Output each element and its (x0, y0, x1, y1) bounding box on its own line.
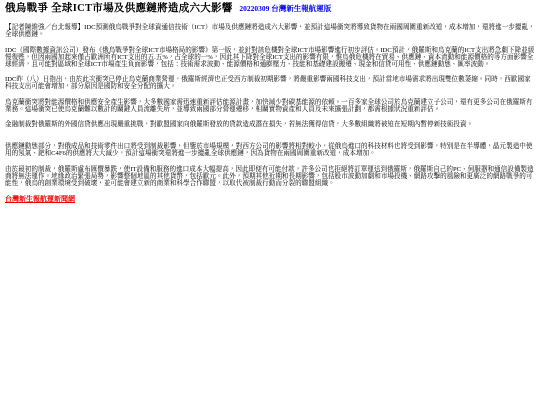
article-title: 俄烏戰爭 全球ICT市場及供應鏈將造成六大影響 (5, 3, 233, 14)
paragraph-supply-chain: 供應鏈動態部分，對俄成品和技術零件出口將受到制裁影響，但鑒於市場規模，對西方公司… (5, 143, 535, 157)
paragraph-spending-impact: IDC昨（八）日指出，由於此次衝突已停止烏克蘭商業營運，俄羅斯經濟也正受西方制裁… (5, 76, 535, 90)
paragraph-lead: 【記者陳維強／台北報導】IDC預測俄烏戰爭對全球資通信技術（ICT）市場及供應鏈… (5, 24, 535, 38)
paragraph-energy-impact: 烏克蘭衝突將對能源價格和供應安全產生影響，大多數國家需迅速重新評估能源計畫，加快… (5, 99, 535, 113)
paragraph-financial-sanctions: 金融制裁對俄羅斯的外國信貸供應出現嚴重挑戰，對歐盟國家向俄羅斯發放的貸款造成潛在… (5, 121, 535, 128)
paragraph-ruble-longterm: 由於最初的制裁，俄羅斯盧布匯價暴跌，使IT設備和服務的進口成本大幅提高，因此即便… (5, 166, 535, 187)
source-link-line: 台灣新生報航運新聞網 (5, 195, 535, 203)
article-date-source: 20220309 台灣新生報航運版 (239, 4, 331, 13)
article-headline: 俄烏戰爭 全球ICT市場及供應鏈將造成六大影響 20220309 台灣新生報航運… (5, 3, 535, 15)
paragraph-idc-report: IDC（國際數據資訊公司）發布《俄烏戰爭對全球ICT市場格局的影響》第一版，並針… (5, 47, 535, 68)
source-link[interactable]: 台灣新生報航運新聞網 (5, 195, 75, 203)
article-page: 俄烏戰爭 全球ICT市場及供應鏈將造成六大影響 20220309 台灣新生報航運… (0, 0, 540, 203)
